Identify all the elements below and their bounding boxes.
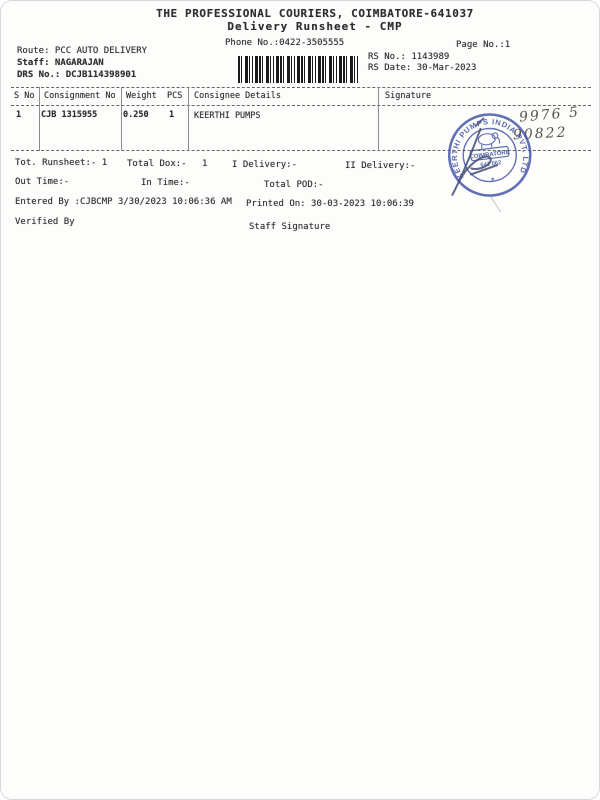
pencil-mark	[491, 196, 501, 213]
total-dox-label: Total Dox:-	[127, 159, 187, 169]
second-delivery-label: II Delivery:-	[345, 161, 415, 171]
elephant-icon	[478, 132, 501, 148]
cell-weight: 0.250	[123, 110, 149, 120]
verified-by-label: Verified By	[15, 217, 75, 227]
rs-number: RS No.: 1143989	[368, 52, 449, 62]
table-column-line	[121, 87, 122, 151]
document-title: Delivery Runsheet - CMP	[31, 20, 599, 33]
total-pod-label: Total POD:-	[264, 180, 324, 190]
total-dox-value: 1	[202, 159, 207, 169]
col-header-sno: S No	[14, 91, 34, 101]
table-column-line	[188, 87, 189, 151]
route-label: Route: PCC AUTO DELIVERY	[17, 46, 147, 56]
staff-label: Staff: NAGARAJAN	[17, 58, 104, 68]
table-column-line	[39, 87, 40, 151]
table-column-line	[378, 87, 379, 151]
col-header-consignment: Consignment No	[44, 91, 116, 101]
col-header-pcs: PCS	[167, 91, 182, 101]
entered-by: Entered By :CJBCMP 3/30/2023 10:06:36 AM	[15, 197, 232, 207]
table-top-border	[11, 87, 591, 88]
company-stamp: KEERTHI PUMPS INDIA PVT. LTD. COIMBATORE…	[421, 86, 560, 228]
drs-number: DRS No.: DCJB114398901	[17, 70, 136, 80]
company-title: THE PROFESSIONAL COURIERS, COIMBATORE-64…	[31, 7, 599, 20]
first-delivery-label: I Delivery:-	[232, 160, 297, 170]
stamp-star: ★	[490, 174, 496, 184]
page-number: Page No.:1	[456, 40, 510, 50]
printed-on: Printed On: 30-03-2023 10:06:39	[246, 199, 414, 209]
barcode	[238, 56, 359, 83]
cell-pcs: 1	[169, 110, 174, 120]
runsheet-document: THE PROFESSIONAL COURIERS, COIMBATORE-64…	[0, 0, 600, 800]
cell-consignment-no: CJB 1315955	[41, 110, 97, 120]
phone-number: Phone No.:0422-3505555	[225, 38, 344, 48]
out-time-label: Out Time:-	[15, 177, 69, 187]
col-header-consignee: Consignee Details	[194, 91, 281, 101]
col-header-weight: Weight	[126, 91, 157, 101]
cell-consignee: KEERTHI PUMPS	[194, 111, 261, 121]
staff-signature-label: Staff Signature	[249, 222, 330, 232]
stamp-graphic: KEERTHI PUMPS INDIA PVT. LTD. COIMBATORE…	[421, 86, 560, 228]
rs-date: RS Date: 30-Mar-2023	[368, 63, 476, 73]
cell-sno: 1	[16, 110, 21, 120]
in-time-label: In Time:-	[141, 178, 190, 188]
total-runsheet: Tot. Runsheet:- 1	[15, 158, 107, 168]
